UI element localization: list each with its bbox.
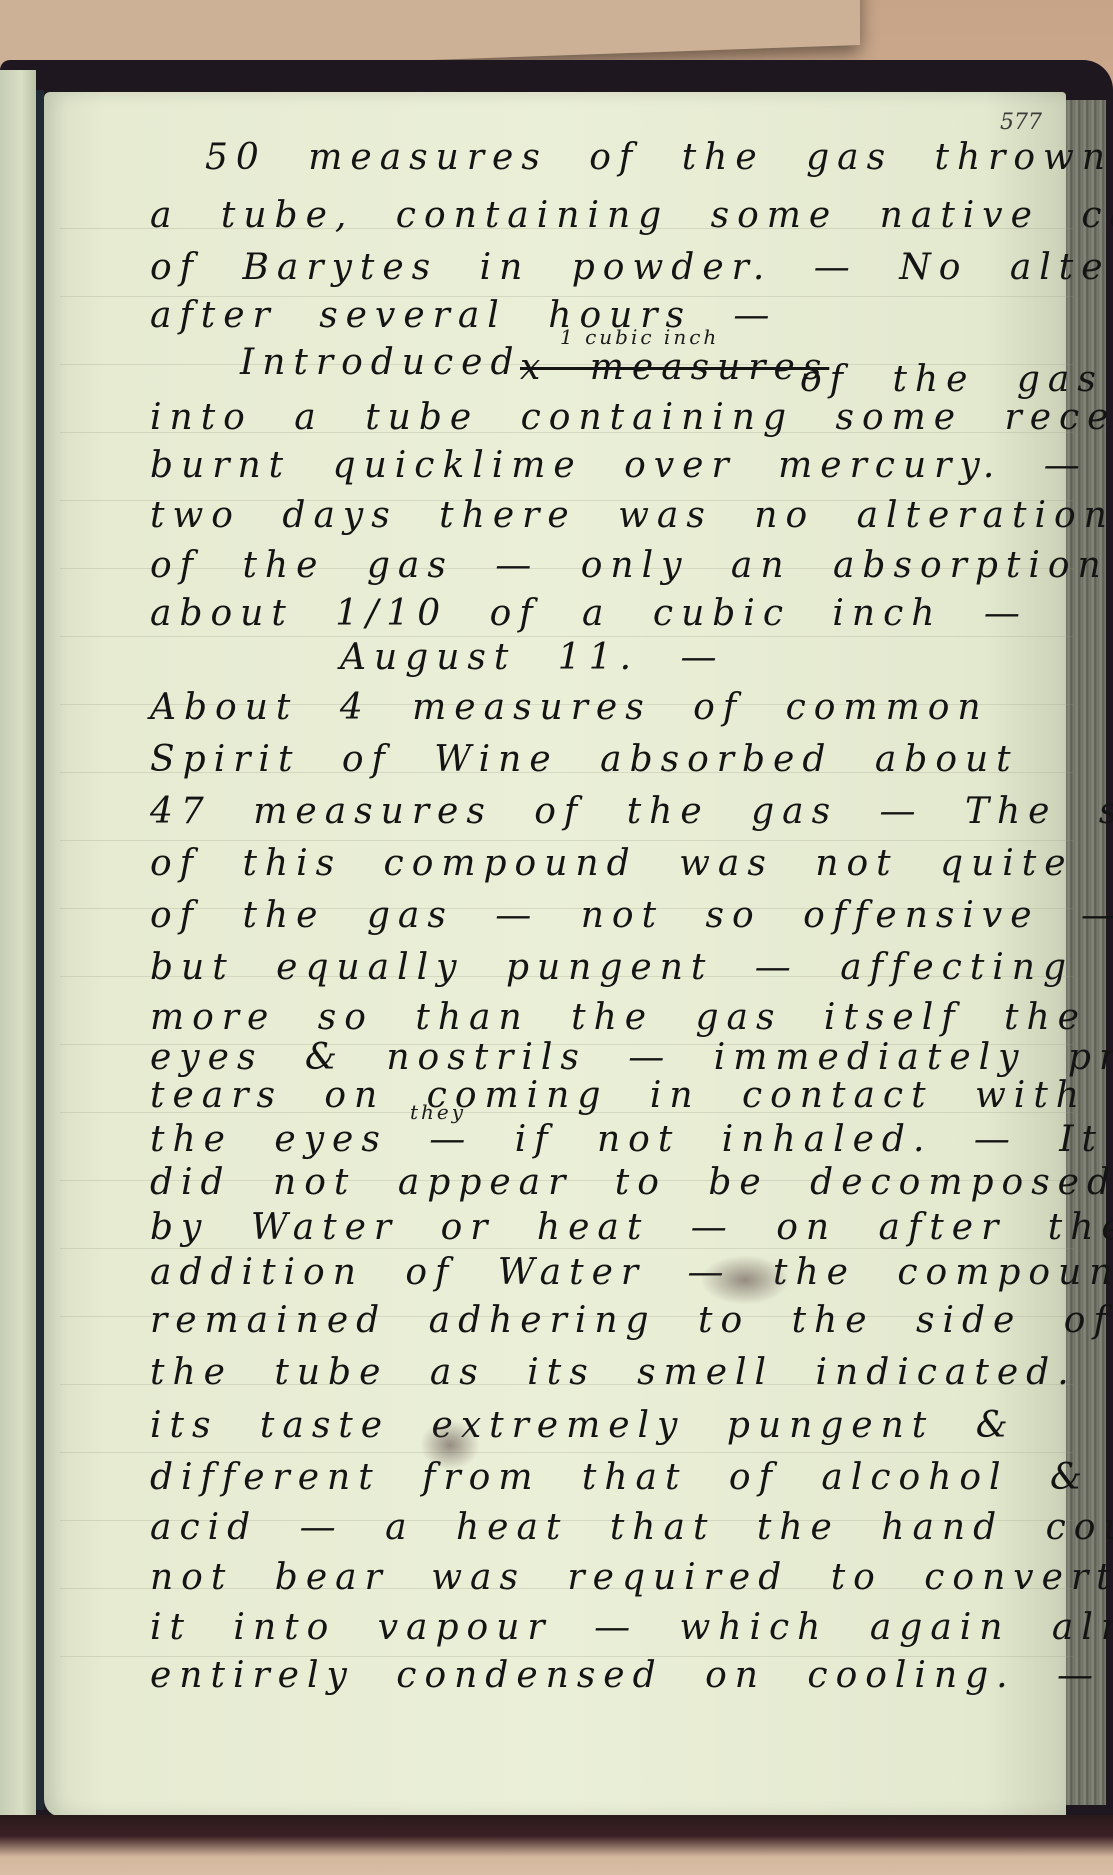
page-number: 577: [1000, 110, 1042, 135]
manuscript-line: it into vapour — which again almost: [150, 1610, 1050, 1646]
manuscript-line: Introduced: [240, 345, 522, 381]
manuscript-line: About 4 measures of common: [150, 690, 1050, 726]
manuscript-line: addition of Water — the compound: [150, 1255, 1050, 1291]
manuscript-line: more so than the gas itself the: [150, 1000, 1050, 1036]
manuscript-line: tears on coming in contact with: [150, 1078, 1050, 1114]
manuscript-line: of the gas — only an absorption of: [150, 548, 1050, 584]
manuscript-line: about 1/10 of a cubic inch —: [150, 596, 1050, 632]
manuscript-line: of the gas: [800, 362, 1104, 398]
manuscript-line: 47 measures of the gas — The smell: [150, 794, 1050, 830]
manuscript-line: remained adhering to the side of: [150, 1303, 1050, 1339]
manuscript-line: burnt quicklime over mercury. — after: [150, 448, 1050, 484]
manuscript-line: 50 measures of the gas thrown into: [205, 140, 1105, 176]
manuscript-line: of Barytes in powder. — No alteration: [150, 250, 1050, 286]
manuscript-line: eyes & nostrils — immediately producing: [150, 1040, 1050, 1076]
ink-smudge: [700, 1255, 790, 1305]
ruled-line: [60, 1452, 1073, 1453]
struck-out-text: x measures: [520, 350, 829, 386]
manuscript-line: by Water or heat — on after the: [150, 1210, 1050, 1246]
manuscript-line: two days there was no alteration: [150, 498, 1050, 534]
manuscript-line: the eyes — if not inhaled. — It: [150, 1122, 1050, 1158]
left-page-edge: [0, 70, 36, 1815]
manuscript-line: Spirit of Wine absorbed about: [150, 742, 1050, 778]
inserted-text: 1 cubic inch: [560, 325, 719, 349]
manuscript-line: but equally pungent — affecting: [150, 950, 1050, 986]
manuscript-line: the tube as its smell indicated. —: [150, 1355, 1050, 1391]
manuscript-line: not bear was required to convert: [150, 1560, 1050, 1596]
manuscript-line: did not appear to be decomposed: [150, 1165, 1050, 1201]
manuscript-line: into a tube containing some recently: [150, 400, 1050, 436]
book-bottom-edge: [0, 1815, 1113, 1875]
manuscript-line: different from that of alcohol & not: [150, 1460, 1050, 1496]
ruled-line: [60, 1248, 1073, 1249]
manuscript-line: acid — a heat that the hand could: [150, 1510, 1050, 1546]
manuscript-line: entirely condensed on cooling. —: [150, 1658, 1050, 1694]
ruled-line: [60, 840, 1073, 841]
manuscript-line: of the gas — not so offensive —: [150, 898, 1050, 934]
manuscript-line: of this compound was not quite that: [150, 846, 1050, 882]
manuscript-line: a tube, containing some native carbonat: [150, 198, 1050, 234]
book-gutter: [36, 90, 44, 1810]
date-heading: August 11. —: [340, 640, 1113, 676]
manuscript-line: its taste extremely pungent &: [150, 1408, 1050, 1444]
